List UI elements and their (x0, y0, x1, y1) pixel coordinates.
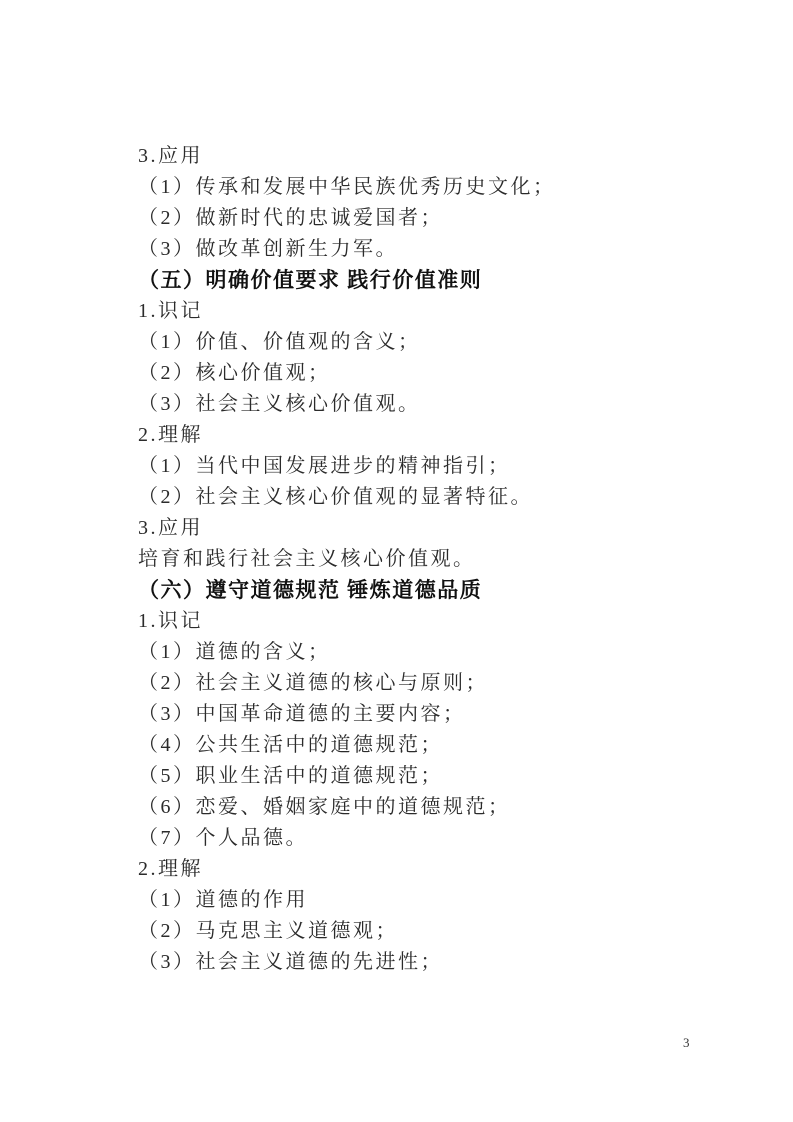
section-heading: （五）明确价值要求 践行价值准则 (138, 265, 738, 296)
text-line: 3.应用 (138, 513, 738, 544)
text-line: （1）道德的作用 (138, 885, 738, 916)
text-line: （2）社会主义核心价值观的显著特征。 (138, 482, 738, 513)
page-number: 3 (683, 1035, 690, 1051)
text-line: （4）公共生活中的道德规范； (138, 730, 738, 761)
text-line: （3）社会主义核心价值观。 (138, 389, 738, 420)
section-heading: （六）遵守道德规范 锤炼道德品质 (138, 575, 738, 606)
document-page: 3.应用（1）传承和发展中华民族优秀历史文化；（2）做新时代的忠诚爱国者；（3）… (0, 0, 793, 1122)
text-line: 3.应用 (138, 141, 738, 172)
text-line: （1）当代中国发展进步的精神指引； (138, 451, 738, 482)
text-line: （5）职业生活中的道德规范； (138, 761, 738, 792)
text-line: （2）社会主义道德的核心与原则； (138, 668, 738, 699)
text-line: （7）个人品德。 (138, 823, 738, 854)
text-line: 1.识记 (138, 296, 738, 327)
text-line: 培育和践行社会主义核心价值观。 (138, 544, 738, 575)
text-line: （2）马克思主义道德观； (138, 916, 738, 947)
text-line: （3）中国革命道德的主要内容； (138, 699, 738, 730)
text-line: （1）价值、价值观的含义； (138, 327, 738, 358)
text-line: 2.理解 (138, 420, 738, 451)
text-line: （3）做改革创新生力军。 (138, 234, 738, 265)
document-body: 3.应用（1）传承和发展中华民族优秀历史文化；（2）做新时代的忠诚爱国者；（3）… (138, 141, 738, 978)
text-line: （6）恋爱、婚姻家庭中的道德规范； (138, 792, 738, 823)
text-line: 2.理解 (138, 854, 738, 885)
text-line: （3）社会主义道德的先进性； (138, 947, 738, 978)
text-line: 1.识记 (138, 606, 738, 637)
text-line: （1）道德的含义； (138, 637, 738, 668)
text-line: （1）传承和发展中华民族优秀历史文化； (138, 172, 738, 203)
text-line: （2）核心价值观； (138, 358, 738, 389)
text-line: （2）做新时代的忠诚爱国者； (138, 203, 738, 234)
